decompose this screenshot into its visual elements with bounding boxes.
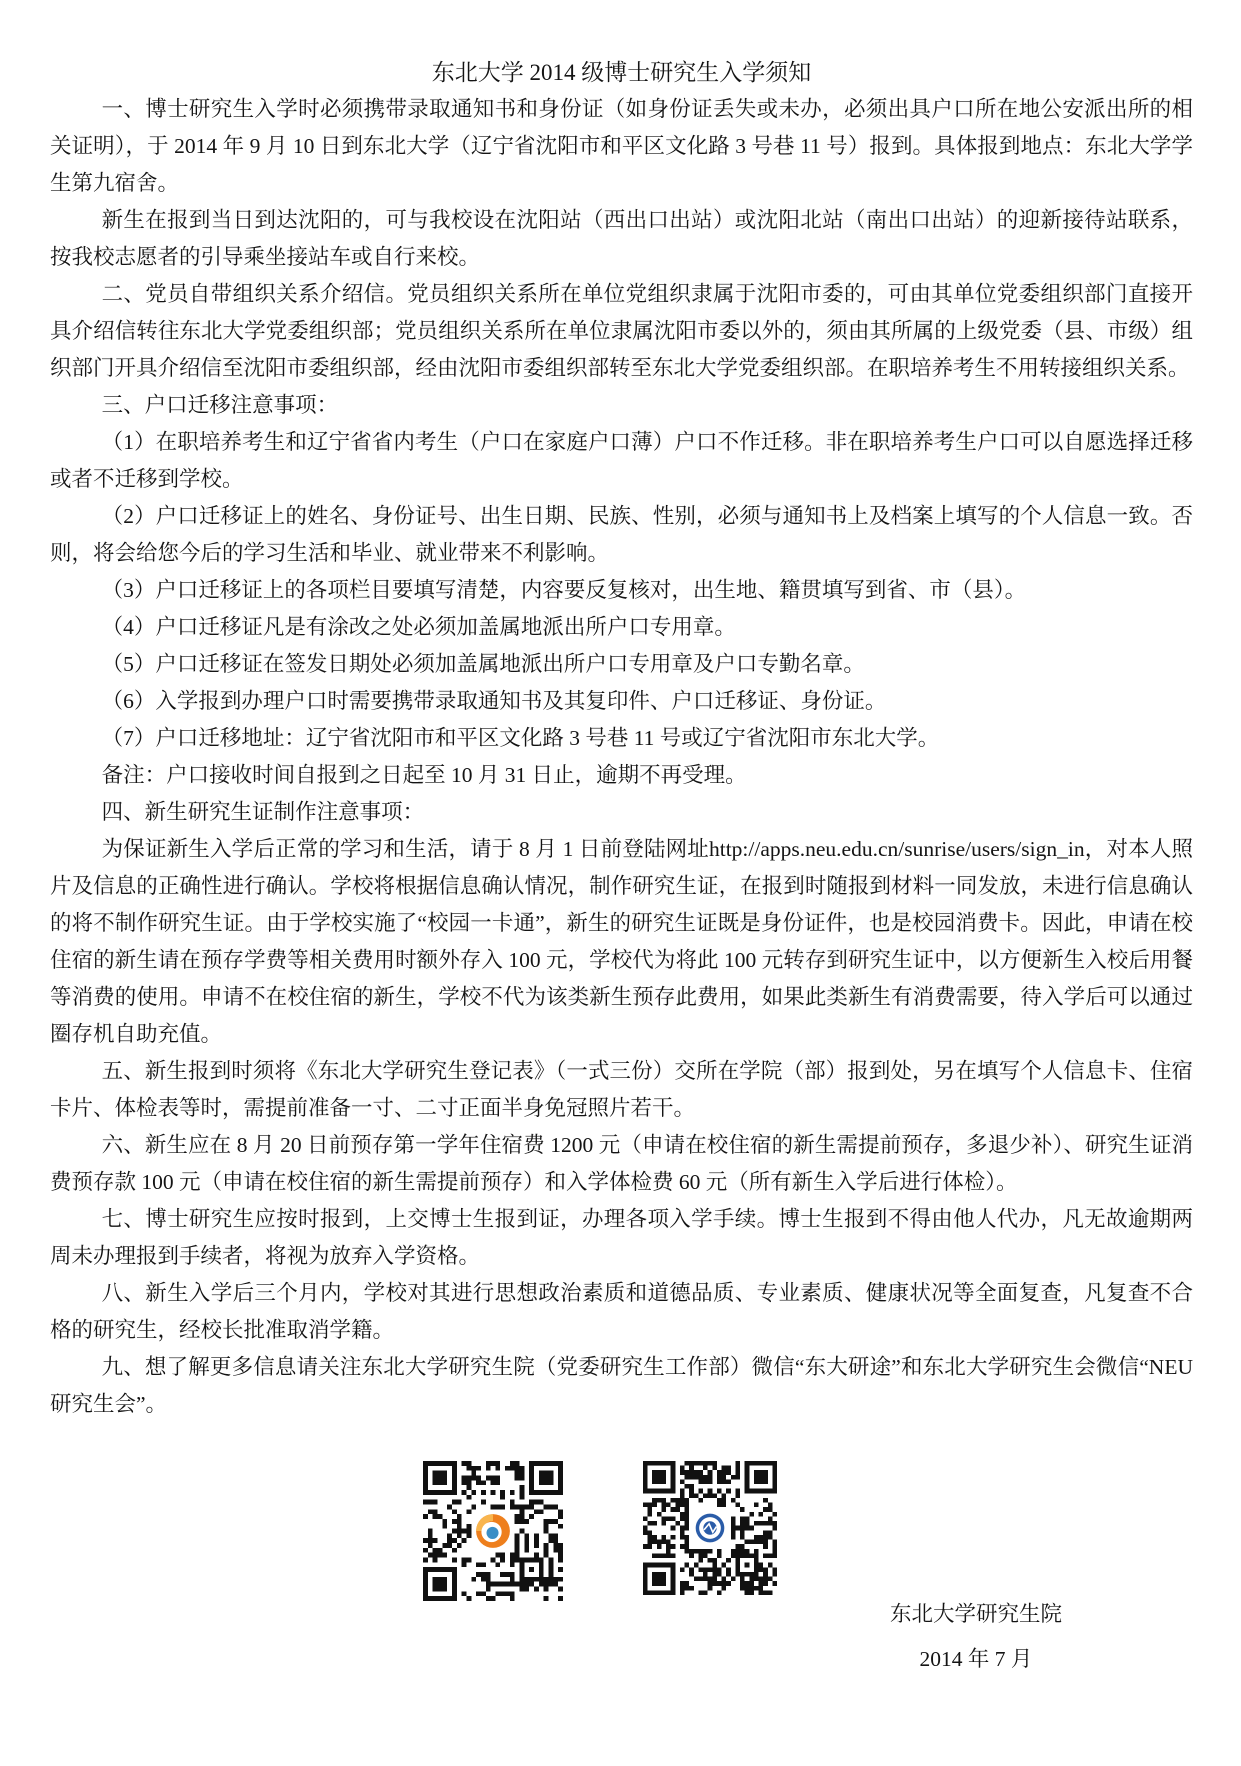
paragraph-12: 备注：户口接收时间自报到之日起至 10 月 31 日止，逾期不再受理。 xyxy=(50,757,1193,794)
paragraph-4: 三、户口迁移注意事项： xyxy=(50,387,1193,424)
paragraph-3: 二、党员自带组织关系介绍信。党员组织关系所在单位党组织隶属于沈阳市委的，可由其单… xyxy=(50,276,1193,387)
paragraph-15: 五、新生报到时须将《东北大学研究生登记表》（一式三份）交所在学院（部）报到处，另… xyxy=(50,1053,1193,1127)
paragraph-19: 九、想了解更多信息请关注东北大学研究生院（党委研究生工作部）微信“东大研途”和东… xyxy=(50,1349,1193,1423)
document-page: 东北大学 2014 级博士研究生入学须知 一、博士研究生入学时必须携带录取通知书… xyxy=(0,0,1241,1766)
paragraph-10: （6）入学报到办理户口时需要携带录取通知书及其复印件、户口迁移证、身份证。 xyxy=(50,683,1193,720)
paragraph-6: （2）户口迁移证上的姓名、身份证号、出生日期、民族、性别，必须与通知书上及档案上… xyxy=(50,498,1193,572)
paragraph-11: （7）户口迁移地址：辽宁省沈阳市和平区文化路 3 号巷 11 号或辽宁省沈阳市东… xyxy=(50,720,1193,757)
paragraph-5: （1）在职培养考生和辽宁省省内考生（户口在家庭户口薄）户口不作迁移。非在职培养考… xyxy=(50,424,1193,498)
paragraph-13: 四、新生研究生证制作注意事项： xyxy=(50,794,1193,831)
paragraph-17: 七、博士研究生应按时报到，上交博士生报到证，办理各项入学手续。博士生报到不得由他… xyxy=(50,1201,1193,1275)
paragraph-14: 为保证新生入学后正常的学习和生活，请于 8 月 1 日前登陆网址http://a… xyxy=(50,831,1193,1053)
paragraph-8: （4）户口迁移证凡是有涂改之处必须加盖属地派出所户口专用章。 xyxy=(50,609,1193,646)
signature-block: 东北大学研究生院 2014 年 7 月 xyxy=(766,1596,1186,1678)
paragraph-18: 八、新生入学后三个月内，学校对其进行思想政治素质和道德品质、专业素质、健康状况等… xyxy=(50,1275,1193,1349)
wechat-qr-code-neu-grad-union-icon xyxy=(643,1461,777,1595)
signature-org: 东北大学研究生院 xyxy=(766,1596,1186,1633)
paragraph-1: 一、博士研究生入学时必须携带录取通知书和身份证（如身份证丢失或未办，必须出具户口… xyxy=(50,91,1193,202)
paragraph-16: 六、新生应在 8 月 20 日前预存第一学年住宿费 1200 元（申请在校住宿的… xyxy=(50,1127,1193,1201)
paragraph-2: 新生在报到当日到达沈阳的，可与我校设在沈阳站（西出口出站）或沈阳北站（南出口出站… xyxy=(50,202,1193,276)
document-body: 东北大学 2014 级博士研究生入学须知 一、博士研究生入学时必须携带录取通知书… xyxy=(50,54,1193,1423)
paragraph-9: （5）户口迁移证在签发日期处必须加盖属地派出所户口专用章及户口专勤名章。 xyxy=(50,646,1193,683)
signature-date: 2014 年 7 月 xyxy=(766,1641,1186,1678)
page-title: 东北大学 2014 级博士研究生入学须知 xyxy=(50,54,1193,91)
paragraph-7: （3）户口迁移证上的各项栏目要填写清楚，内容要反复核对，出生地、籍贯填写到省、市… xyxy=(50,572,1193,609)
wechat-qr-code-dongda-yantu-icon xyxy=(423,1461,563,1601)
